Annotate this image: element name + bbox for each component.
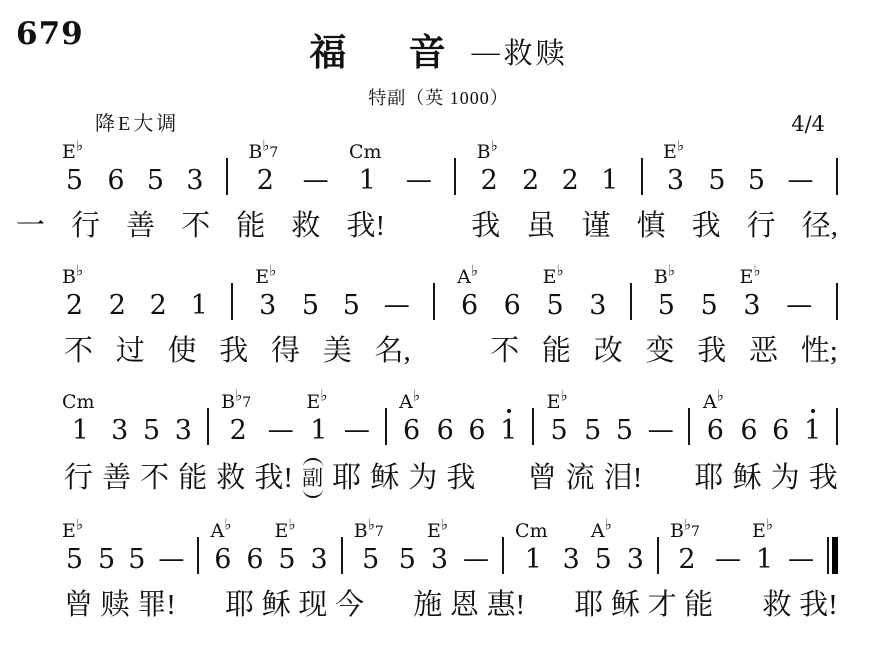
- lyric-char: 径,: [802, 208, 838, 244]
- chord-seventh: 7: [242, 395, 251, 411]
- note-number: 5: [98, 544, 115, 575]
- note-cell: 6: [740, 415, 757, 446]
- note-number: 5: [584, 415, 601, 446]
- lyric-char: 虽: [526, 208, 555, 244]
- note-cell: E♭1: [754, 520, 775, 575]
- barline: [836, 408, 838, 445]
- chord-label: E♭: [275, 520, 296, 544]
- lyric-char: 行: [64, 460, 93, 496]
- lyric-char: 不: [490, 333, 519, 369]
- note-number: 6: [437, 415, 454, 446]
- lyric-char: 稣: [262, 587, 291, 623]
- music-line-2: B♭2221E♭355—A♭66E♭53B♭55E♭3—不过使我得美名,不能改变…: [64, 265, 838, 369]
- lyric-char: 今: [335, 587, 364, 623]
- chord-label: E♭: [663, 141, 684, 165]
- note-number: 2: [109, 290, 126, 321]
- lyric-char: 我: [809, 460, 838, 496]
- note-number: 5: [595, 544, 612, 575]
- chord-label: B♭: [654, 266, 675, 290]
- note-cell: B♭72: [223, 391, 253, 446]
- duration-dash: —: [787, 165, 813, 196]
- note-number: 1: [359, 165, 376, 196]
- duration-dash: —: [715, 544, 741, 575]
- chord-seventh: 7: [375, 524, 384, 540]
- note-number: 5: [278, 544, 295, 575]
- duration-dash-cell: —: [715, 544, 741, 575]
- note-number: 2: [678, 544, 695, 575]
- lyric-char: 不: [64, 333, 93, 369]
- lyric-char: 现: [298, 587, 327, 623]
- note-cell: B♭5: [656, 266, 677, 321]
- flat-sign: ♭: [288, 516, 295, 534]
- note-cell: B♭75: [356, 520, 386, 575]
- lyric-char: 我!: [254, 460, 293, 496]
- note-number: 5: [748, 165, 765, 196]
- duration-dash: —: [463, 544, 489, 575]
- note-number: 3: [175, 415, 192, 446]
- note-number: 1: [601, 165, 618, 196]
- note-cell: 1: [500, 415, 517, 446]
- note-cell: 6: [772, 415, 789, 446]
- lyric-char: 为: [408, 460, 437, 496]
- meta-row: 降E大调 4/4: [95, 107, 825, 136]
- note-cell: Cm1: [517, 520, 550, 575]
- duration-dash: —: [648, 415, 674, 446]
- note-row: B♭2221E♭355—A♭66E♭53B♭55E♭3—: [64, 265, 838, 321]
- note-cell: 2: [562, 165, 579, 196]
- final-bar-thick: [832, 537, 838, 574]
- lyric-char: 行: [71, 208, 100, 244]
- flat-sign: ♭: [677, 137, 684, 155]
- lyric-char: 我: [697, 333, 726, 369]
- note-number: 5: [546, 290, 563, 321]
- note-number-high-octave: 1: [500, 415, 517, 446]
- note-number: 3: [311, 544, 328, 575]
- note-number: 2: [562, 165, 579, 196]
- lyric-char: 赎: [101, 587, 130, 623]
- chord-label: B♭: [62, 266, 83, 290]
- duration-dash-cell: —: [406, 165, 432, 196]
- note-cell: 1: [191, 290, 208, 321]
- flat-sign: ♭: [224, 516, 231, 534]
- lyric-row: 曾赎罪!耶稣现今施恩惠!耶稣才能救我!: [64, 587, 838, 623]
- note-number: 6: [246, 544, 263, 575]
- duration-dash-cell: —: [463, 544, 489, 575]
- flat-sign: ♭: [413, 387, 420, 405]
- note-cell: E♭5: [549, 391, 570, 446]
- duration-dash: —: [384, 290, 410, 321]
- lyric-char: 改: [594, 333, 623, 369]
- lyric-char: 能: [178, 460, 207, 496]
- final-barline: [827, 537, 838, 574]
- lyric-char: 我: [446, 460, 475, 496]
- note-number: 1: [310, 415, 327, 446]
- note-cell: E♭5: [64, 141, 85, 196]
- flat-sign: ♭: [668, 262, 675, 280]
- note-number: 6: [772, 415, 789, 446]
- note-cell: 3: [563, 544, 580, 575]
- chord-label: E♭: [547, 391, 568, 415]
- hymn-subtitle-name: 救赎: [504, 38, 568, 70]
- note-cell: A♭6: [705, 391, 726, 446]
- lyric-char: 美: [323, 333, 352, 369]
- note-cell: 5: [748, 165, 765, 196]
- flat-sign: ♭: [753, 262, 760, 280]
- note-number: 2: [257, 165, 274, 196]
- note-cell: 5: [128, 544, 145, 575]
- lyric-char: 行: [747, 208, 776, 244]
- note-cell: E♭5: [277, 520, 298, 575]
- lyric-char: 谨: [581, 208, 610, 244]
- chord-label: E♭: [255, 266, 276, 290]
- note-cell: E♭3: [257, 266, 278, 321]
- lyric-char: 耶: [225, 587, 254, 623]
- note-number: 6: [461, 290, 478, 321]
- note-cell: 5: [584, 415, 601, 446]
- chord-label: A♭: [399, 391, 420, 415]
- refrain-mark-label: 副: [302, 467, 323, 489]
- note-cell: 5: [343, 290, 360, 321]
- hymn-title: 福 音: [309, 32, 471, 73]
- title-block: 福 音—救赎: [0, 22, 877, 76]
- note-cell: 3: [311, 544, 328, 575]
- note-number-high-octave: 1: [804, 415, 821, 446]
- note-number: 5: [143, 415, 160, 446]
- note-number: 3: [111, 415, 128, 446]
- note-cell: 3: [627, 544, 644, 575]
- barline: [231, 283, 233, 320]
- refrain-mark: 副: [302, 458, 323, 498]
- note-number: 5: [701, 290, 718, 321]
- note-cell: Cm1: [64, 391, 97, 446]
- flat-sign: ♭: [76, 137, 83, 155]
- note-cell: B♭72: [250, 141, 280, 196]
- note-row: E♭555—A♭66E♭53B♭755E♭3—Cm13A♭53B♭72—E♭1—: [64, 519, 838, 575]
- note-number: 5: [362, 544, 379, 575]
- lyric-char: 不: [181, 208, 210, 244]
- note-cell: B♭72: [672, 520, 702, 575]
- lyric-char: 不: [140, 460, 169, 496]
- lyric-char: 才: [648, 587, 677, 623]
- note-number: 5: [708, 165, 725, 196]
- note-cell: 5: [616, 415, 633, 446]
- note-cell: E♭5: [64, 520, 85, 575]
- note-number: 6: [740, 415, 757, 446]
- duration-dash: —: [786, 290, 812, 321]
- note-cell: 5: [399, 544, 416, 575]
- note-number: 3: [563, 544, 580, 575]
- final-bar-thin: [827, 537, 829, 574]
- note-number: 3: [589, 290, 606, 321]
- time-signature: 4/4: [791, 112, 825, 136]
- note-number: 5: [147, 165, 164, 196]
- flat-sign: ♭: [491, 137, 498, 155]
- lyric-char: 名,: [375, 333, 411, 369]
- note-number: 5: [658, 290, 675, 321]
- note-cell: E♭5: [545, 266, 566, 321]
- lyric-char: 救: [216, 460, 245, 496]
- note-number: 6: [468, 415, 485, 446]
- note-number: 1: [525, 544, 542, 575]
- lyric-char: 我!: [799, 587, 838, 623]
- flat-sign: ♭: [441, 516, 448, 534]
- barline: [454, 158, 456, 195]
- note-cell: 2: [522, 165, 539, 196]
- barline: [433, 283, 435, 320]
- lyric-char: 善: [102, 460, 131, 496]
- duration-dash: —: [406, 165, 432, 196]
- note-number: 2: [230, 415, 247, 446]
- note-cell: 6: [107, 165, 124, 196]
- note-cell: 6: [437, 415, 454, 446]
- note-cell: 6: [468, 415, 485, 446]
- note-number: 5: [66, 165, 83, 196]
- chord-label: E♭: [427, 520, 448, 544]
- flat-sign: ♭: [235, 387, 242, 405]
- chord-label: E♭: [752, 520, 773, 544]
- note-cell: B♭2: [479, 141, 500, 196]
- flat-sign: ♭: [556, 262, 563, 280]
- note-cell: Cm1: [351, 141, 384, 196]
- lyric-char: 性;: [801, 333, 838, 369]
- chord-label: E♭: [543, 266, 564, 290]
- note-row: E♭5653B♭72—Cm1—B♭2221E♭355—: [64, 140, 838, 196]
- note-cell: E♭3: [665, 141, 686, 196]
- note-number: 5: [302, 290, 319, 321]
- duration-dash-cell: —: [384, 290, 410, 321]
- chord-seventh: 7: [269, 145, 278, 161]
- note-number: 5: [128, 544, 145, 575]
- note-cell: 3: [186, 165, 203, 196]
- note-number: 3: [627, 544, 644, 575]
- note-row: Cm1353B♭72—E♭1—A♭6661E♭555—A♭6661: [64, 390, 838, 446]
- lyric-char: 我: [692, 208, 721, 244]
- note-number: 6: [107, 165, 124, 196]
- note-cell: B♭2: [64, 266, 85, 321]
- lyric-char: 流: [566, 460, 595, 496]
- flat-sign: ♭: [368, 516, 375, 534]
- note-cell: A♭5: [593, 520, 614, 575]
- duration-dash-cell: —: [788, 544, 814, 575]
- barline: [385, 408, 387, 445]
- lyric-row: 不过使我得美名,不能改变我恶性;: [64, 333, 838, 369]
- barline: [641, 158, 643, 195]
- note-number: 1: [756, 544, 773, 575]
- lyric-char: 善: [126, 208, 155, 244]
- lyric-char: 为: [771, 460, 800, 496]
- chord-label: B♭7: [248, 141, 278, 165]
- verse-number: 一: [16, 208, 45, 244]
- note-number: 2: [481, 165, 498, 196]
- barline: [341, 537, 343, 574]
- flat-sign: ♭: [471, 262, 478, 280]
- note-cell: 5: [302, 290, 319, 321]
- barline: [688, 408, 690, 445]
- lyric-char: 变: [645, 333, 674, 369]
- note-cell: A♭6: [212, 520, 233, 575]
- barline: [197, 537, 199, 574]
- lyric-row: 行善不能救我!副耶稣为我曾流泪!耶稣为我: [64, 458, 838, 498]
- flat-sign: ♭: [262, 137, 269, 155]
- lyric-char: 惠!: [487, 587, 526, 623]
- barline: [657, 537, 659, 574]
- lyric-char: 曾: [528, 460, 557, 496]
- barline: [502, 537, 504, 574]
- flat-sign: ♭: [605, 516, 612, 534]
- lyric-char: 耶: [695, 460, 724, 496]
- note-cell: 5: [143, 415, 160, 446]
- note-number: 5: [399, 544, 416, 575]
- refrain-mark-arc-bottom: [303, 489, 323, 498]
- note-number: 5: [616, 415, 633, 446]
- lyric-char: 救: [291, 208, 320, 244]
- lyric-char: 施: [413, 587, 442, 623]
- note-cell: 3: [589, 290, 606, 321]
- title-dash: —: [472, 37, 500, 68]
- duration-dash-cell: —: [648, 415, 674, 446]
- chord-label: Cm: [349, 141, 382, 165]
- barline: [532, 408, 534, 445]
- note-cell: 5: [147, 165, 164, 196]
- lyric-char: 慎: [637, 208, 666, 244]
- note-number: 3: [743, 290, 760, 321]
- barline: [836, 158, 838, 195]
- duration-dash-cell: —: [344, 415, 370, 446]
- barline: [630, 283, 632, 320]
- note-number: 6: [707, 415, 724, 446]
- lyric-char: 得: [271, 333, 300, 369]
- note-number: 5: [66, 544, 83, 575]
- note-number: 5: [550, 415, 567, 446]
- note-cell: E♭3: [742, 266, 763, 321]
- duration-dash-cell: —: [303, 165, 329, 196]
- chord-label: A♭: [703, 391, 724, 415]
- note-cell: 6: [246, 544, 263, 575]
- lyric-char: 泪!: [604, 460, 643, 496]
- chord-label: Cm: [515, 520, 548, 544]
- note-cell: A♭6: [459, 266, 480, 321]
- flat-sign: ♭: [76, 516, 83, 534]
- chord-seventh: 7: [691, 524, 700, 540]
- lyric-char: 稣: [611, 587, 640, 623]
- chord-label: B♭7: [354, 520, 384, 544]
- lyric-char: 耶: [332, 460, 361, 496]
- note-cell: 3: [175, 415, 192, 446]
- note-number: 6: [214, 544, 231, 575]
- note-cell: 5: [98, 544, 115, 575]
- lyric-char: 曾: [64, 587, 93, 623]
- note-cell: 2: [109, 290, 126, 321]
- duration-dash: —: [344, 415, 370, 446]
- chord-label: Cm: [62, 391, 95, 415]
- lyric-char: 耶: [574, 587, 603, 623]
- lyric-char: 我: [471, 208, 500, 244]
- chord-label: E♭: [740, 266, 761, 290]
- flat-sign: ♭: [320, 387, 327, 405]
- note-number: 3: [259, 290, 276, 321]
- note-cell: E♭1: [308, 391, 329, 446]
- barline: [226, 158, 228, 195]
- lyric-char: 恶: [749, 333, 778, 369]
- note-number: 6: [504, 290, 521, 321]
- music-line-4: E♭555—A♭66E♭53B♭755E♭3—Cm13A♭53B♭72—E♭1—…: [64, 519, 838, 623]
- note-number: 2: [66, 290, 83, 321]
- note-number: 3: [186, 165, 203, 196]
- note-number: 6: [403, 415, 420, 446]
- flat-sign: ♭: [766, 516, 773, 534]
- duration-dash-cell: —: [268, 415, 294, 446]
- barline: [207, 408, 209, 445]
- note-number: 1: [72, 415, 89, 446]
- flat-sign: ♭: [560, 387, 567, 405]
- lyric-char: 能: [236, 208, 265, 244]
- music-line-3: Cm1353B♭72—E♭1—A♭6661E♭555—A♭6661行善不能救我!…: [64, 390, 838, 498]
- duration-dash-cell: —: [786, 290, 812, 321]
- note-number: 5: [343, 290, 360, 321]
- chord-label: B♭: [477, 141, 498, 165]
- lyric-char: 恩: [450, 587, 479, 623]
- note-cell: E♭3: [429, 520, 450, 575]
- barline: [836, 283, 838, 320]
- note-cell: 6: [504, 290, 521, 321]
- chord-label: A♭: [591, 520, 612, 544]
- chord-label: E♭: [62, 520, 83, 544]
- duration-dash-cell: —: [158, 544, 184, 575]
- chord-label: B♭7: [221, 391, 251, 415]
- lyric-char: 稣: [370, 460, 399, 496]
- note-cell: 5: [708, 165, 725, 196]
- lyric-char: 使: [168, 333, 197, 369]
- flat-sign: ♭: [76, 262, 83, 280]
- key-signature-label: 降E大调: [95, 107, 179, 136]
- duration-dash-cell: —: [787, 165, 813, 196]
- lyric-row: 一行善不能救我!我虽谨慎我行径,: [16, 208, 838, 244]
- lyric-char: 罪!: [137, 587, 176, 623]
- chord-label: E♭: [306, 391, 327, 415]
- note-cell: 1: [804, 415, 821, 446]
- duration-dash: —: [303, 165, 329, 196]
- duration-dash: —: [788, 544, 814, 575]
- note-cell: 1: [601, 165, 618, 196]
- chord-label: A♭: [457, 266, 478, 290]
- lyric-char: 稣: [733, 460, 762, 496]
- music-line-1: E♭5653B♭72—Cm1—B♭2221E♭355—一行善不能救我!我虽谨慎我…: [64, 140, 838, 244]
- duration-dash: —: [268, 415, 294, 446]
- lyric-char: 救: [763, 587, 792, 623]
- lyric-char: 能: [684, 587, 713, 623]
- note-number: 1: [191, 290, 208, 321]
- lyric-char: 过: [116, 333, 145, 369]
- flat-sign: ♭: [717, 387, 724, 405]
- lyric-char: 我: [219, 333, 248, 369]
- note-number: 2: [522, 165, 539, 196]
- note-cell: 3: [111, 415, 128, 446]
- chord-label: E♭: [62, 141, 83, 165]
- flat-sign: ♭: [269, 262, 276, 280]
- duration-dash: —: [158, 544, 184, 575]
- note-number: 3: [667, 165, 684, 196]
- music-systems: E♭5653B♭72—Cm1—B♭2221E♭355—一行善不能救我!我虽谨慎我…: [64, 140, 838, 644]
- note-cell: 5: [701, 290, 718, 321]
- note-number: 2: [150, 290, 167, 321]
- note-number: 3: [431, 544, 448, 575]
- lyric-char: 我!: [346, 208, 385, 244]
- note-cell: A♭6: [401, 391, 422, 446]
- chord-label: B♭7: [670, 520, 700, 544]
- note-cell: 2: [150, 290, 167, 321]
- chord-label: A♭: [210, 520, 231, 544]
- lyric-char: 能: [542, 333, 571, 369]
